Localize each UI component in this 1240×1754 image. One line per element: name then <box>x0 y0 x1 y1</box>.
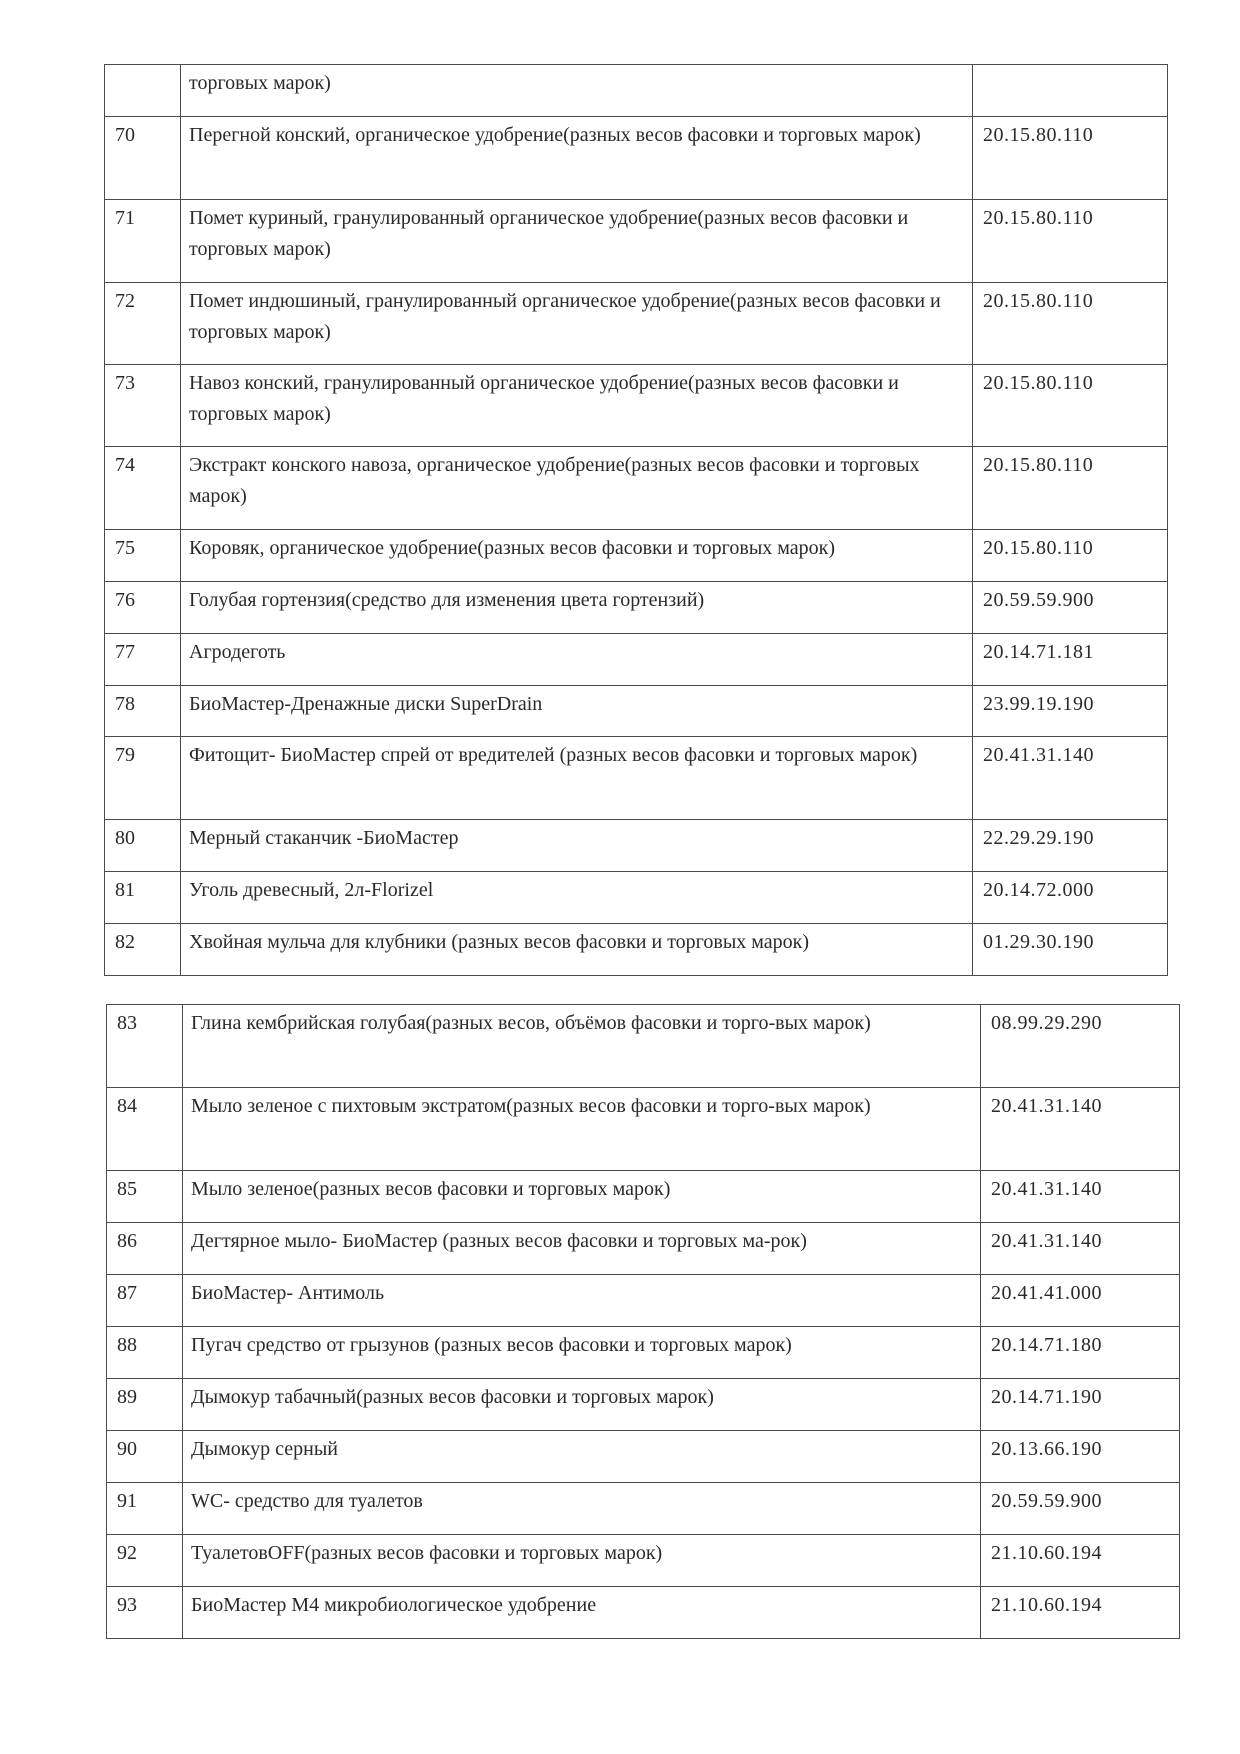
table-row: 82Хвойная мульча для клубники (разных ве… <box>105 924 1168 976</box>
okpd-code: 20.13.66.190 <box>981 1431 1180 1483</box>
row-number: 72 <box>105 283 181 365</box>
table-body: торговых марок)70Перегной конский, орган… <box>105 65 1168 976</box>
product-name: Навоз конский, гранулированный органичес… <box>181 365 973 447</box>
row-number: 92 <box>107 1535 183 1587</box>
product-table-part-2: 83Глина кембрийская голубая(разных весов… <box>106 1004 1180 1639</box>
table-row: 89Дымокур табачный(разных весов фасовки … <box>107 1379 1180 1431</box>
table-row: 81Уголь древесный, 2л-Florizel20.14.72.0… <box>105 872 1168 924</box>
table-row: 85Мыло зеленое(разных весов фасовки и то… <box>107 1171 1180 1223</box>
row-number: 91 <box>107 1483 183 1535</box>
row-number: 75 <box>105 530 181 582</box>
product-name: Перегной конский, органическое удобрение… <box>181 117 973 200</box>
product-name: Помет индюшиный, гранулированный органич… <box>181 283 973 365</box>
row-number: 71 <box>105 200 181 283</box>
product-name: Дымокур серный <box>183 1431 981 1483</box>
table-row: 86Дегтярное мыло- БиоМастер (разных весо… <box>107 1223 1180 1275</box>
okpd-code: 20.15.80.110 <box>973 365 1168 447</box>
okpd-code: 20.15.80.110 <box>973 200 1168 283</box>
okpd-code: 21.10.60.194 <box>981 1587 1180 1639</box>
product-table-part-1: торговых марок)70Перегной конский, орган… <box>104 64 1168 976</box>
row-number: 86 <box>107 1223 183 1275</box>
row-number: 74 <box>105 447 181 530</box>
okpd-code: 20.41.41.000 <box>981 1275 1180 1327</box>
table-row: 84Мыло зеленое с пихтовым экстратом(разн… <box>107 1088 1180 1171</box>
product-name: торговых марок) <box>181 65 973 117</box>
okpd-code: 20.15.80.110 <box>973 117 1168 200</box>
table-row: 79Фитощит- БиоМастер спрей от вредителей… <box>105 737 1168 820</box>
row-number: 70 <box>105 117 181 200</box>
product-name: Помет куриный, гранулированный органичес… <box>181 200 973 283</box>
row-number: 80 <box>105 820 181 872</box>
okpd-code: 22.29.29.190 <box>973 820 1168 872</box>
table-row: 92ТуалетовOFF(разных весов фасовки и тор… <box>107 1535 1180 1587</box>
table-row: 83Глина кембрийская голубая(разных весов… <box>107 1005 1180 1088</box>
okpd-code: 20.14.71.180 <box>981 1327 1180 1379</box>
product-name: Мыло зеленое с пихтовым экстратом(разных… <box>183 1088 981 1171</box>
row-number: 83 <box>107 1005 183 1088</box>
row-number: 93 <box>107 1587 183 1639</box>
okpd-code: 20.15.80.110 <box>973 530 1168 582</box>
row-number: 90 <box>107 1431 183 1483</box>
okpd-code: 20.14.71.190 <box>981 1379 1180 1431</box>
product-name: Глина кембрийская голубая(разных весов, … <box>183 1005 981 1088</box>
okpd-code: 20.41.31.140 <box>981 1223 1180 1275</box>
row-number: 84 <box>107 1088 183 1171</box>
table-row: 75Коровяк, органическое удобрение(разных… <box>105 530 1168 582</box>
table-row: 88Пугач средство от грызунов (разных вес… <box>107 1327 1180 1379</box>
product-name: Агродеготь <box>181 634 973 686</box>
product-name: Экстракт конского навоза, органическое у… <box>181 447 973 530</box>
row-number: 82 <box>105 924 181 976</box>
row-number <box>105 65 181 117</box>
okpd-code: 20.41.31.140 <box>981 1088 1180 1171</box>
table-row: 72Помет индюшиный, гранулированный орган… <box>105 283 1168 365</box>
table-row: 80Мерный стаканчик -БиоМастер22.29.29.19… <box>105 820 1168 872</box>
okpd-code: 20.14.71.181 <box>973 634 1168 686</box>
product-name: БиоМастер М4 микробиологическое удобрени… <box>183 1587 981 1639</box>
table-row: 90Дымокур серный20.13.66.190 <box>107 1431 1180 1483</box>
okpd-code: 20.15.80.110 <box>973 447 1168 530</box>
okpd-code <box>973 65 1168 117</box>
okpd-code: 08.99.29.290 <box>981 1005 1180 1088</box>
okpd-code: 23.99.19.190 <box>973 686 1168 737</box>
product-name: Пугач средство от грызунов (разных весов… <box>183 1327 981 1379</box>
okpd-code: 20.15.80.110 <box>973 283 1168 365</box>
row-number: 85 <box>107 1171 183 1223</box>
table-row: 87БиоМастер- Антимоль20.41.41.000 <box>107 1275 1180 1327</box>
row-number: 87 <box>107 1275 183 1327</box>
table-row: 77Агродеготь20.14.71.181 <box>105 634 1168 686</box>
okpd-code: 20.41.31.140 <box>981 1171 1180 1223</box>
product-name: Дымокур табачный(разных весов фасовки и … <box>183 1379 981 1431</box>
row-number: 76 <box>105 582 181 634</box>
row-number: 77 <box>105 634 181 686</box>
table-row-continuation: торговых марок) <box>105 65 1168 117</box>
okpd-code: 20.59.59.900 <box>973 582 1168 634</box>
product-name: Уголь древесный, 2л-Florizel <box>181 872 973 924</box>
product-name: БиоМастер-Дренажные диски SuperDrain <box>181 686 973 737</box>
product-name: Хвойная мульча для клубники (разных весо… <box>181 924 973 976</box>
okpd-code: 20.14.72.000 <box>973 872 1168 924</box>
table-row: 73Навоз конский, гранулированный органич… <box>105 365 1168 447</box>
product-name: Мыло зеленое(разных весов фасовки и торг… <box>183 1171 981 1223</box>
row-number: 81 <box>105 872 181 924</box>
table-row: 91WC- средство для туалетов20.59.59.900 <box>107 1483 1180 1535</box>
okpd-code: 01.29.30.190 <box>973 924 1168 976</box>
table-row: 70Перегной конский, органическое удобрен… <box>105 117 1168 200</box>
row-number: 89 <box>107 1379 183 1431</box>
table-row: 74Экстракт конского навоза, органическое… <box>105 447 1168 530</box>
okpd-code: 20.59.59.900 <box>981 1483 1180 1535</box>
row-number: 79 <box>105 737 181 820</box>
row-number: 73 <box>105 365 181 447</box>
okpd-code: 20.41.31.140 <box>973 737 1168 820</box>
row-number: 78 <box>105 686 181 737</box>
table-body: 83Глина кембрийская голубая(разных весов… <box>107 1005 1180 1639</box>
product-name: Дегтярное мыло- БиоМастер (разных весов … <box>183 1223 981 1275</box>
table-row: 93БиоМастер М4 микробиологическое удобре… <box>107 1587 1180 1639</box>
table-row: 78БиоМастер-Дренажные диски SuperDrain23… <box>105 686 1168 737</box>
product-name: Коровяк, органическое удобрение(разных в… <box>181 530 973 582</box>
okpd-code: 21.10.60.194 <box>981 1535 1180 1587</box>
table-row: 71Помет куриный, гранулированный органич… <box>105 200 1168 283</box>
product-name: ТуалетовOFF(разных весов фасовки и торго… <box>183 1535 981 1587</box>
product-name: Голубая гортензия(средство для изменения… <box>181 582 973 634</box>
table-row: 76Голубая гортензия(средство для изменен… <box>105 582 1168 634</box>
row-number: 88 <box>107 1327 183 1379</box>
product-name: Фитощит- БиоМастер спрей от вредителей (… <box>181 737 973 820</box>
product-name: WC- средство для туалетов <box>183 1483 981 1535</box>
product-name: БиоМастер- Антимоль <box>183 1275 981 1327</box>
product-name: Мерный стаканчик -БиоМастер <box>181 820 973 872</box>
